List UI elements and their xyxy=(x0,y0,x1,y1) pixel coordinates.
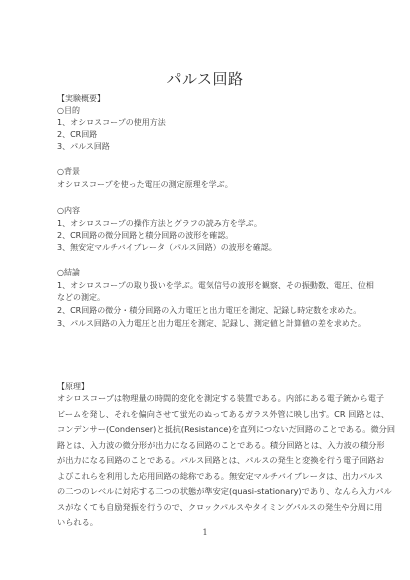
page-number: 1 xyxy=(0,528,410,537)
principle-line: 路とは、入力波の微分形が出力になる回路のことである。積分回路とは、入力波の積分形 xyxy=(57,438,353,454)
content-item: 1、オシロスコープの操作方法とグラフの読み方を学ぶ。 xyxy=(57,219,262,229)
purpose-item: 2、CR回路 xyxy=(57,130,97,140)
purpose-item: 1、オシロスコープの使用方法 xyxy=(57,118,166,128)
document-page: パルス回路 【実験概要】 ○目的 1、オシロスコープの使用方法 2、CR回路 3… xyxy=(0,0,410,580)
conclusion-item: 2、CR回路の微分・積分回路の入力電圧と出力電圧を測定、記録し時定数を求めた。 xyxy=(57,306,361,316)
content-item: 2、CR回路の微分回路と積分回路の波形を確認。 xyxy=(57,231,233,241)
principle-line: スがなくても自励発振を行うので、クロックパルスやタイミングパルスの発生や分周に用 xyxy=(57,500,353,516)
purpose-item: 3、パルス回路 xyxy=(57,142,110,152)
principle-line: が出力になる回路のことである。パルス回路とは、パルスの発生と変換を行う電子回路お xyxy=(57,453,353,469)
conclusion-item: 3、パルス回路の入力電圧と出力電圧を測定、記録し、測定値と計算値の差を求めた。 xyxy=(57,319,366,329)
principle-line: ビームを発し、それを偏向させて蛍光のぬってあるガラス外管に映し出す。CR 回路と… xyxy=(57,407,353,423)
principle-line: よびこれらを利用した応用回路の総称である。無安定マルチバイブレータは、出力パルス xyxy=(57,469,353,485)
background-heading: ○背景 xyxy=(57,167,80,177)
content-heading: ○内容 xyxy=(57,206,80,216)
principle-paragraph: オシロスコープは物理量の時間的変化を測定する装置である。内部にある電子銃から電子… xyxy=(57,391,353,531)
overview-heading: 【実験概要】 xyxy=(57,94,105,104)
principle-line: の二つのレベルに対応する二つの状態が準安定(quasi-stationary)で… xyxy=(57,484,353,500)
conclusion-item: などの測定。 xyxy=(57,293,105,303)
content-item: 3、無安定マルチバイブレータ（パルス回路）の波形を確認。 xyxy=(57,243,277,253)
document-title: パルス回路 xyxy=(0,68,410,89)
principle-line: コンデンサー(Condenser)と抵抗(Resistance)を直列につないだ… xyxy=(57,422,353,438)
purpose-heading: ○目的 xyxy=(57,106,80,116)
conclusion-heading: ○結論 xyxy=(57,268,80,278)
background-text: オシロスコープを使った電圧の測定原理を学ぶ。 xyxy=(57,180,233,190)
principle-line: オシロスコープは物理量の時間的変化を測定する装置である。内部にある電子銃から電子 xyxy=(57,391,353,407)
conclusion-item: 1、オシロスコープの取り扱いを学ぶ。電気信号の波形を観察、その振動数、電圧、位相 xyxy=(57,281,374,291)
